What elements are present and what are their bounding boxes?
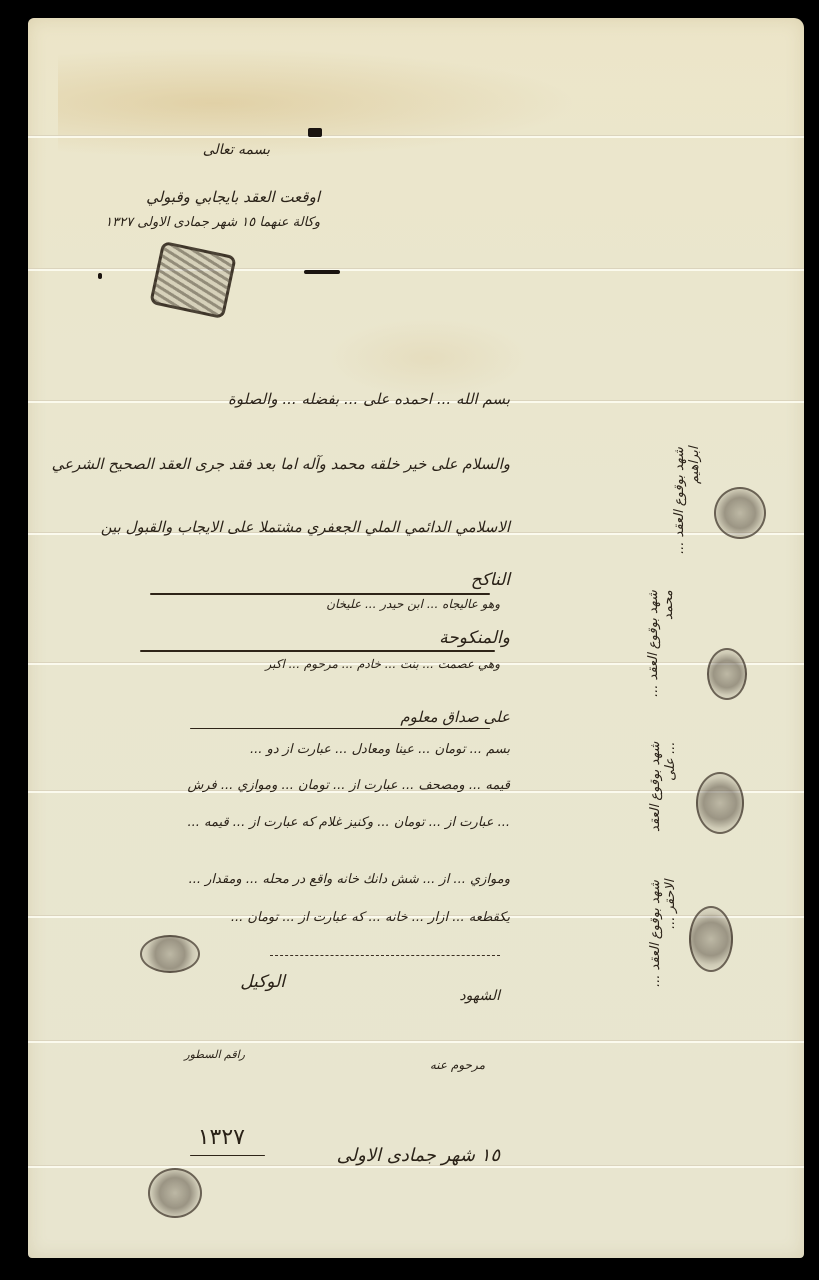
fold-crease <box>28 268 804 271</box>
terms-line-2: قيمه ... ومصحف ... عبارت از ... تومان ..… <box>120 778 510 793</box>
witness-note: مرحوم عنه <box>395 1058 485 1072</box>
terms-line-4: وموازي ... از ... شش دانك خانه واقع در م… <box>120 872 510 887</box>
groom-underline <box>150 593 490 595</box>
spot <box>98 273 102 279</box>
fold-crease <box>28 135 804 138</box>
invocation: بسمه تعالى <box>190 142 270 158</box>
witness-seal-1 <box>714 487 766 539</box>
body-line-3: الاسلامي الدائمي الملي الجعفري مشتملا عل… <box>120 518 510 536</box>
body-line-1: بسم الله ... احمده على ... بفضله ... وال… <box>120 390 510 408</box>
footer-year: ١٣٢٧ <box>145 1125 245 1150</box>
witness-seal-4 <box>689 906 733 972</box>
witness-seal-2 <box>707 648 747 700</box>
agent-signature: الوكيل <box>150 972 285 992</box>
terms-line-3: ... عبارت از ... تومان ... وكنيز غلام كه… <box>120 815 510 830</box>
terms-line-1: بسم ... تومان ... عينا ومعادل ... عبارت … <box>120 742 510 757</box>
hole-mark <box>304 270 340 274</box>
groom-label: الناكح <box>120 570 510 590</box>
scribe-label: راقم السطور <box>175 1048 245 1061</box>
fold-crease <box>28 1040 804 1043</box>
faint-stain <box>328 318 528 398</box>
round-seal-stamp <box>140 935 200 973</box>
round-seal-stamp <box>148 1168 202 1218</box>
bride-underline <box>140 650 495 652</box>
margin-note-3: شهد بوقوع العقد ... على <box>648 742 678 842</box>
bride-detail: وهي عصمت ... بنت ... خادم ... مرحوم ... … <box>220 657 500 671</box>
water-stain <box>58 48 578 158</box>
hole-mark <box>308 128 322 137</box>
footer-date-text: ١٥ شهر جمادى الاولى <box>300 1145 500 1166</box>
header-line-2: وكالة عنهما ١٥ شهر جمادى الاولى ١٣٢٧ <box>130 215 320 230</box>
bride-label: والمنكوحة <box>120 628 510 648</box>
groom-detail: وهو عاليجاه ... ابن حيدر ... عليخان <box>180 597 500 611</box>
header-line-1: اوقعت العقد بايجابي وقبولي <box>130 188 320 206</box>
margin-note-2: شهد بوقوع العقد ... محمد <box>646 590 676 700</box>
dowry-label: على صداق معلوم <box>120 708 510 726</box>
date-dash <box>190 1155 265 1156</box>
witness-seal-3 <box>696 772 744 834</box>
body-line-2: والسلام على خير خلقه محمد وآله اما بعد ف… <box>120 455 510 473</box>
terms-line-5: يكقطعه ... ازار ... خانه ... كه عبارت از… <box>120 910 510 925</box>
closing-line <box>270 955 500 956</box>
witnesses-label: الشهود <box>430 988 500 1004</box>
dowry-underline <box>190 728 490 729</box>
margin-note-1: شهد بوقوع العقد ... ابراهيم <box>672 447 702 557</box>
margin-note-4: شهد بوقوع العقد ... الاحقر ... <box>648 880 678 990</box>
